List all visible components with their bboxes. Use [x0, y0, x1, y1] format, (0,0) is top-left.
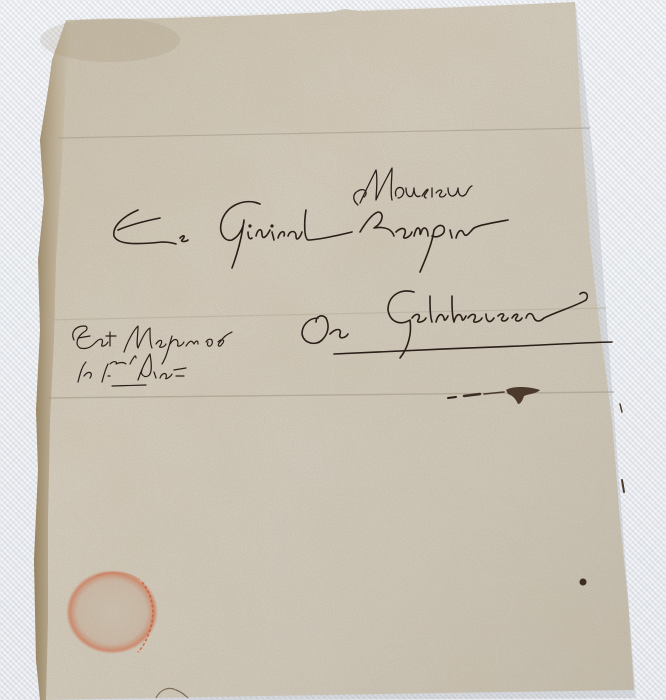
edge-nick [620, 404, 622, 412]
ink-speck [580, 579, 587, 586]
letter-sheet [0, 0, 666, 700]
top-stain [40, 18, 180, 62]
wax-seal-residue [66, 570, 158, 654]
edge-nick [622, 480, 624, 492]
